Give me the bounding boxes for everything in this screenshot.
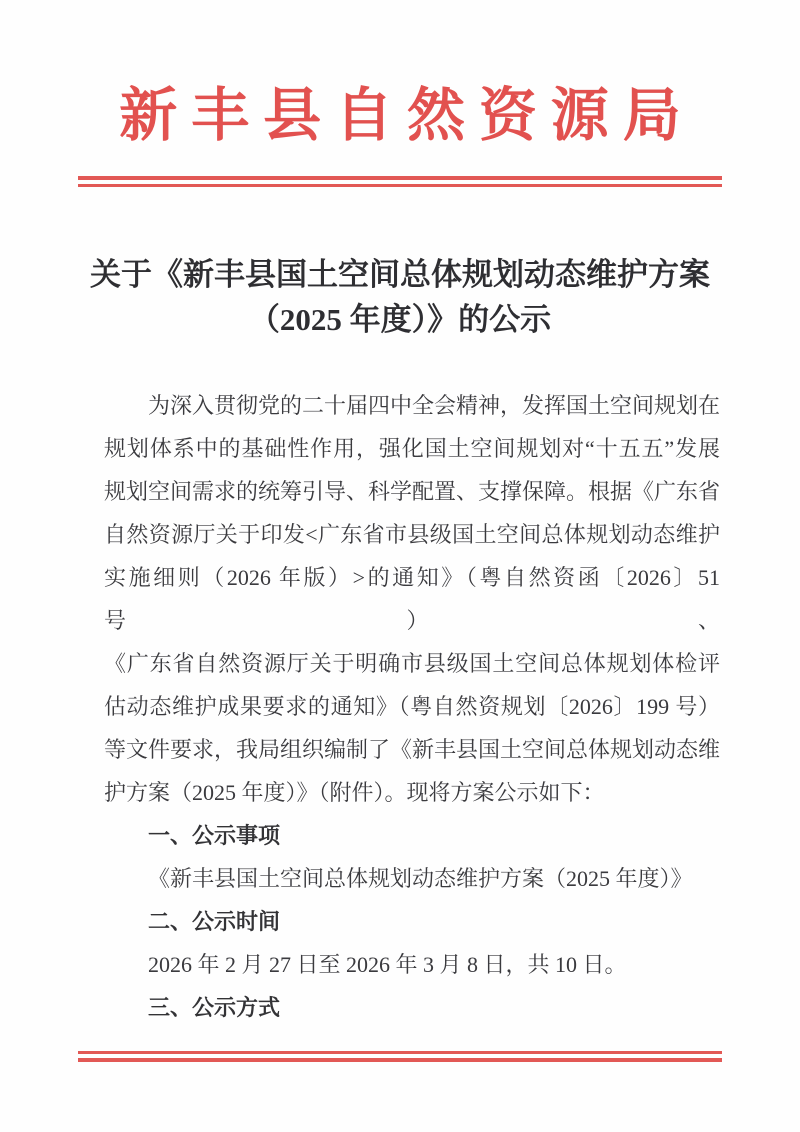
document-body: 为深入贯彻党的二十届四中全会精神，发挥国土空间规划在 规划体系中的基础性作用，强… xyxy=(104,384,720,1029)
scanned-notice-page: 新丰县自然资源局 关于《新丰县国土空间总体规划动态维护方案 （2025 年度）》… xyxy=(0,0,800,1132)
paragraph-line-6: 《广东省自然资源厅关于明确市县级国土空间总体规划体检评 xyxy=(104,642,720,685)
header-divider-thin-line xyxy=(78,184,722,187)
paragraph-line-5: 实施细则（2026 年版）>的通知》（粤自然资函〔2026〕51 号）、 xyxy=(104,556,720,642)
paragraph-line-3: 规划空间需求的统筹引导、科学配置、支撑保障。根据《广东省 xyxy=(104,470,720,513)
footer-divider xyxy=(78,1051,722,1062)
paragraph-line-9: 护方案（2025 年度）》（附件）。现将方案公示如下： xyxy=(104,771,720,814)
header-divider xyxy=(78,176,722,187)
paragraph-line-2: 规划体系中的基础性作用，强化国土空间规划对“十五五”发展 xyxy=(104,427,720,470)
paragraph-line-7: 估动态维护成果要求的通知》（粤自然资规划〔2026〕199 号） xyxy=(104,685,720,728)
document-title-line-1: 关于《新丰县国土空间总体规划动态维护方案 xyxy=(60,252,740,297)
section-2-text: 2026 年 2 月 27 日至 2026 年 3 月 8 日，共 10 日。 xyxy=(104,943,720,986)
document-title: 关于《新丰县国土空间总体规划动态维护方案 （2025 年度）》的公示 xyxy=(60,252,740,342)
section-1-text: 《新丰县国土空间总体规划动态维护方案（2025 年度）》 xyxy=(104,857,720,900)
paragraph-line-1: 为深入贯彻党的二十届四中全会精神，发挥国土空间规划在 xyxy=(104,384,720,427)
paragraph-line-8: 等文件要求，我局组织编制了《新丰县国土空间总体规划动态维 xyxy=(104,728,720,771)
document-title-line-2: （2025 年度）》的公示 xyxy=(60,297,740,342)
paragraph-line-4: 自然资源厅关于印发<广东省市县级国土空间总体规划动态维护 xyxy=(104,513,720,556)
footer-divider-thick-line xyxy=(78,1058,722,1062)
section-2-heading: 二、公示时间 xyxy=(104,900,720,943)
agency-letterhead: 新丰县自然资源局 xyxy=(0,76,800,156)
section-3-heading: 三、公示方式 xyxy=(104,986,720,1029)
section-1-heading: 一、公示事项 xyxy=(104,814,720,857)
